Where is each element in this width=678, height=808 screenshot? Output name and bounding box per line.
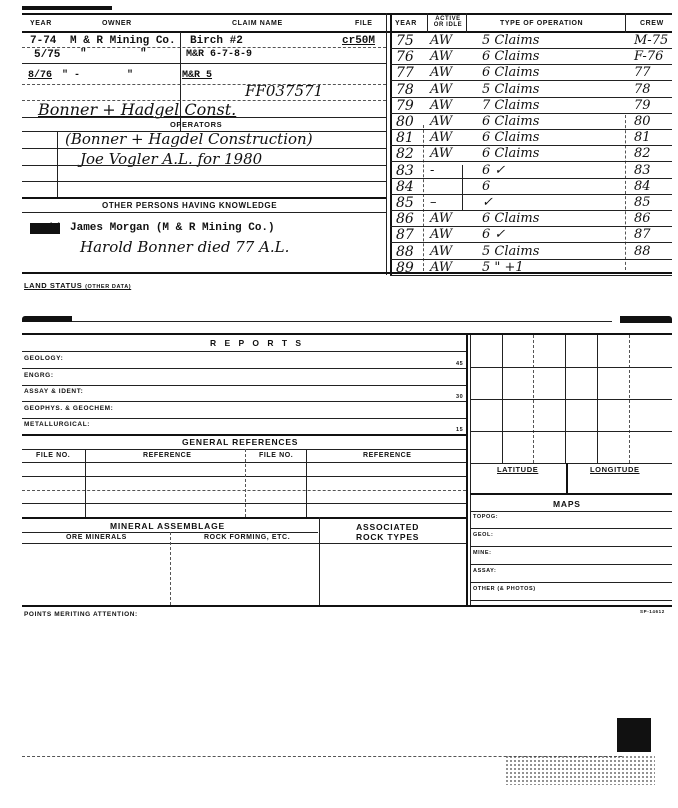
activity-year: 84	[396, 179, 414, 195]
other-persons-title: OTHER PERSONS HAVING KNOWLEDGE	[102, 201, 277, 210]
row-line	[22, 47, 386, 48]
owner-row-2-claim: M&R 6-7-8-9	[186, 49, 252, 60]
other-person-typed: James Morgan (M & R Mining Co.)	[70, 222, 275, 234]
col-header-active-idle: ACTIVE OR IDLE	[430, 16, 466, 28]
bottom-border	[22, 605, 672, 607]
activity-year: 77	[396, 65, 414, 81]
row-line	[470, 511, 672, 512]
owner-row-1-year: 7-74	[30, 35, 56, 47]
activity-year: 89	[396, 260, 414, 276]
divider-status-col-lower	[462, 165, 463, 210]
activity-year: 88	[396, 244, 414, 260]
report-row-line	[22, 385, 466, 386]
activity-operation: 7 Claims	[482, 98, 539, 113]
divider-crew-col-lower	[625, 115, 626, 270]
row-line	[22, 181, 386, 182]
mineral-assemblage-title: MINERAL ASSEMBLAGE	[110, 521, 225, 531]
report-label: GEOPHYS. & GEOCHEM:	[24, 405, 113, 412]
report-number: 45	[456, 361, 463, 367]
activity-operation: 6 Claims	[482, 130, 539, 145]
row-line	[22, 490, 466, 491]
activity-operation: 5 " +1	[482, 260, 524, 275]
activity-year: 79	[396, 98, 414, 114]
activity-operation: ✓	[482, 195, 493, 210]
report-label: ASSAY & IDENT:	[24, 388, 83, 395]
row-line	[22, 148, 386, 149]
col-header-file: FILE	[355, 20, 373, 27]
row-line	[22, 84, 386, 85]
ref-col-reference-2: REFERENCE	[363, 452, 412, 459]
col-header-year: YEAR	[30, 20, 52, 27]
grid-line	[470, 463, 672, 464]
row-line	[22, 543, 466, 544]
ref-divider	[306, 449, 307, 517]
form-number: SP-14612	[640, 609, 665, 614]
map-row-line	[470, 528, 672, 529]
row-line	[22, 272, 672, 274]
reports-top-border	[22, 333, 672, 335]
maps-top	[470, 493, 672, 495]
ref-divider	[85, 449, 86, 517]
mineral-divider	[170, 532, 171, 605]
latitude-label: LATITUDE	[497, 465, 538, 474]
scan-artifact	[22, 6, 112, 10]
owner-row-1-claim: Birch #2	[190, 35, 243, 47]
activity-status: AW	[430, 146, 452, 161]
divider-status-col	[466, 13, 467, 33]
activity-operation: 6 Claims	[482, 146, 539, 161]
activity-year: 81	[396, 130, 414, 146]
activity-crew: 77	[634, 65, 651, 80]
map-row-label: TOPOG:	[473, 514, 498, 520]
activity-crew: M-75	[634, 33, 668, 48]
divider-active-col-lower	[423, 125, 424, 271]
activity-status: AW	[430, 65, 452, 80]
activity-operation: 6 Claims	[482, 49, 539, 64]
activity-crew: 83	[634, 163, 651, 178]
activity-row-line	[390, 275, 672, 276]
activity-crew: 86	[634, 211, 651, 226]
activity-status: AW	[430, 227, 452, 242]
map-row-line	[470, 600, 672, 601]
rock-forming-header: ROCK FORMING, ETC.	[204, 534, 290, 541]
scan-artifact	[620, 316, 672, 323]
row-line	[22, 117, 386, 118]
land-status-label: LAND STATUS (OTHER DATA)	[24, 281, 131, 290]
activity-status: AW	[430, 49, 452, 64]
owner-row-3-claim: M&R 5	[182, 70, 212, 81]
activity-operation: 5 Claims	[482, 82, 539, 97]
activity-year: 80	[396, 114, 414, 130]
ref-col-file-no-2: FILE NO.	[259, 452, 293, 459]
map-row-line	[470, 546, 672, 547]
activity-operation: 6 ✓	[482, 227, 505, 242]
row-line	[22, 63, 386, 64]
map-row-label: MINE:	[473, 550, 492, 556]
activity-year: 78	[396, 82, 414, 98]
report-label: GEOLOGY:	[24, 355, 63, 362]
other-person-handwritten: Harold Bonner died 77 A.L.	[80, 238, 289, 256]
divider-activity-inner	[386, 13, 387, 275]
owner-row-2-year: 5/75	[34, 49, 60, 61]
handwritten-file-number: FF037571	[245, 82, 323, 100]
owner-row-1-file: cr50M	[342, 35, 375, 47]
col-header-type-of-operation: TYPE OF OPERATION	[500, 20, 583, 27]
row-line	[22, 449, 466, 450]
report-number: 30	[456, 394, 463, 400]
report-label: METALLURGICAL:	[24, 421, 90, 428]
longitude-label: LONGITUDE	[590, 465, 640, 474]
activity-status: AW	[430, 82, 452, 97]
col-header-crew: CREW	[640, 20, 664, 27]
land-status-title: LAND STATUS	[24, 281, 82, 290]
ref-col-file-no-1: FILE NO.	[36, 452, 70, 459]
associated-line-2: ROCK TYPES	[356, 532, 419, 542]
activity-operation: 6 Claims	[482, 65, 539, 80]
reports-title: R E P O R T S	[210, 338, 304, 348]
general-references-title: GENERAL REFERENCES	[182, 437, 298, 447]
scan-artifact-speckle	[505, 755, 655, 785]
row-line	[22, 476, 466, 477]
activity-row-line	[390, 178, 672, 179]
activity-crew: 81	[634, 130, 651, 145]
grid-line	[470, 431, 672, 432]
activity-crew: 80	[634, 114, 651, 129]
ref-col-reference-1: REFERENCE	[143, 452, 192, 459]
owner-row-3-year: 8/76	[28, 70, 52, 81]
grid-line	[470, 399, 672, 400]
activity-year: 82	[396, 146, 414, 162]
activity-operation: 5 Claims	[482, 33, 539, 48]
points-meriting-attention: POINTS MERITING ATTENTION:	[24, 611, 138, 618]
activity-status: –	[430, 195, 437, 210]
associated-rock-types-label: ASSOCIATED ROCK TYPES	[356, 522, 419, 542]
owner-row-3-owner: " -	[62, 70, 80, 81]
col-header-claim-name: CLAIM NAME	[232, 20, 283, 27]
row-line	[22, 517, 466, 519]
scan-artifact	[22, 316, 72, 322]
activity-crew: 87	[634, 227, 651, 242]
reports-right-border	[466, 333, 468, 605]
activity-status: AW	[430, 33, 452, 48]
activity-status: AW	[430, 260, 452, 275]
map-row-line	[470, 582, 672, 583]
activity-status: AW	[430, 211, 452, 226]
report-number: 15	[456, 427, 463, 433]
activity-crew: 79	[634, 98, 651, 113]
operator-line-1: (Bonner + Hagdel Construction)	[65, 130, 313, 148]
associated-line-1: ASSOCIATED	[356, 522, 419, 532]
activity-operation: 5 Claims	[482, 244, 539, 259]
activity-status: AW	[430, 98, 452, 113]
row-line	[22, 351, 466, 352]
activity-status: AW	[430, 114, 452, 129]
activity-operation: 6	[482, 179, 490, 194]
scan-artifact-block	[617, 718, 651, 752]
report-row-line	[22, 418, 466, 419]
row-line	[22, 503, 466, 504]
activity-crew: 82	[634, 146, 651, 161]
activity-crew: 84	[634, 179, 651, 194]
activity-year: 76	[396, 49, 414, 65]
row-line	[22, 212, 386, 213]
top-border	[22, 13, 672, 15]
report-label: ENGRG:	[24, 372, 54, 379]
divider-crew-col	[625, 13, 626, 33]
report-row-line	[22, 368, 466, 369]
col-header-owner: OWNER	[102, 20, 132, 27]
activity-status: AW	[430, 130, 452, 145]
activity-status: AW	[430, 244, 452, 259]
activity-year: 85	[396, 195, 414, 211]
owner-row-3-owner2: "	[127, 70, 133, 81]
owner-row-1-owner: M & R Mining Co.	[70, 35, 176, 47]
activity-crew: 85	[634, 195, 651, 210]
activity-operation: 6 Claims	[482, 114, 539, 129]
report-row-line	[22, 401, 466, 402]
activity-crew: F-76	[634, 49, 663, 64]
maps-title: MAPS	[553, 499, 581, 509]
activity-crew: 88	[634, 244, 651, 259]
row-line	[22, 197, 386, 199]
operators-title: OPERATORS	[170, 120, 222, 129]
map-row-label: ASSAY:	[473, 568, 496, 574]
row-line	[22, 462, 466, 463]
activity-crew: 78	[634, 82, 651, 97]
land-status-sublabel: (OTHER DATA)	[85, 284, 131, 290]
owner-row-2-owner2: "	[140, 48, 147, 60]
grid-line	[470, 367, 672, 368]
struck-name: David	[30, 223, 60, 234]
owner-row-2-owner: "	[80, 48, 87, 60]
row-line	[72, 321, 612, 322]
activity-status: -	[430, 163, 434, 178]
map-row-label: GEOL:	[473, 532, 493, 538]
activity-year: 75	[396, 33, 414, 49]
divider-active-col	[427, 13, 428, 33]
activity-operation: 6 ✓	[482, 163, 505, 178]
activity-year: 86	[396, 211, 414, 227]
report-row-line	[22, 434, 466, 436]
ref-divider	[245, 449, 246, 517]
activity-operation: 6 Claims	[482, 211, 539, 226]
header-underline	[22, 31, 672, 33]
activity-year: 83	[396, 163, 414, 179]
map-row-line	[470, 564, 672, 565]
activity-year: 87	[396, 227, 414, 243]
mineral-rock-divider	[319, 517, 320, 605]
map-row-label: OTHER (& PHOTOS)	[473, 586, 536, 592]
divider-left-right	[390, 13, 392, 275]
lat-long-divider	[566, 463, 568, 493]
row-line	[22, 165, 386, 166]
ore-minerals-header: ORE MINERALS	[66, 534, 127, 541]
col-header-year-activity: YEAR	[395, 20, 417, 27]
